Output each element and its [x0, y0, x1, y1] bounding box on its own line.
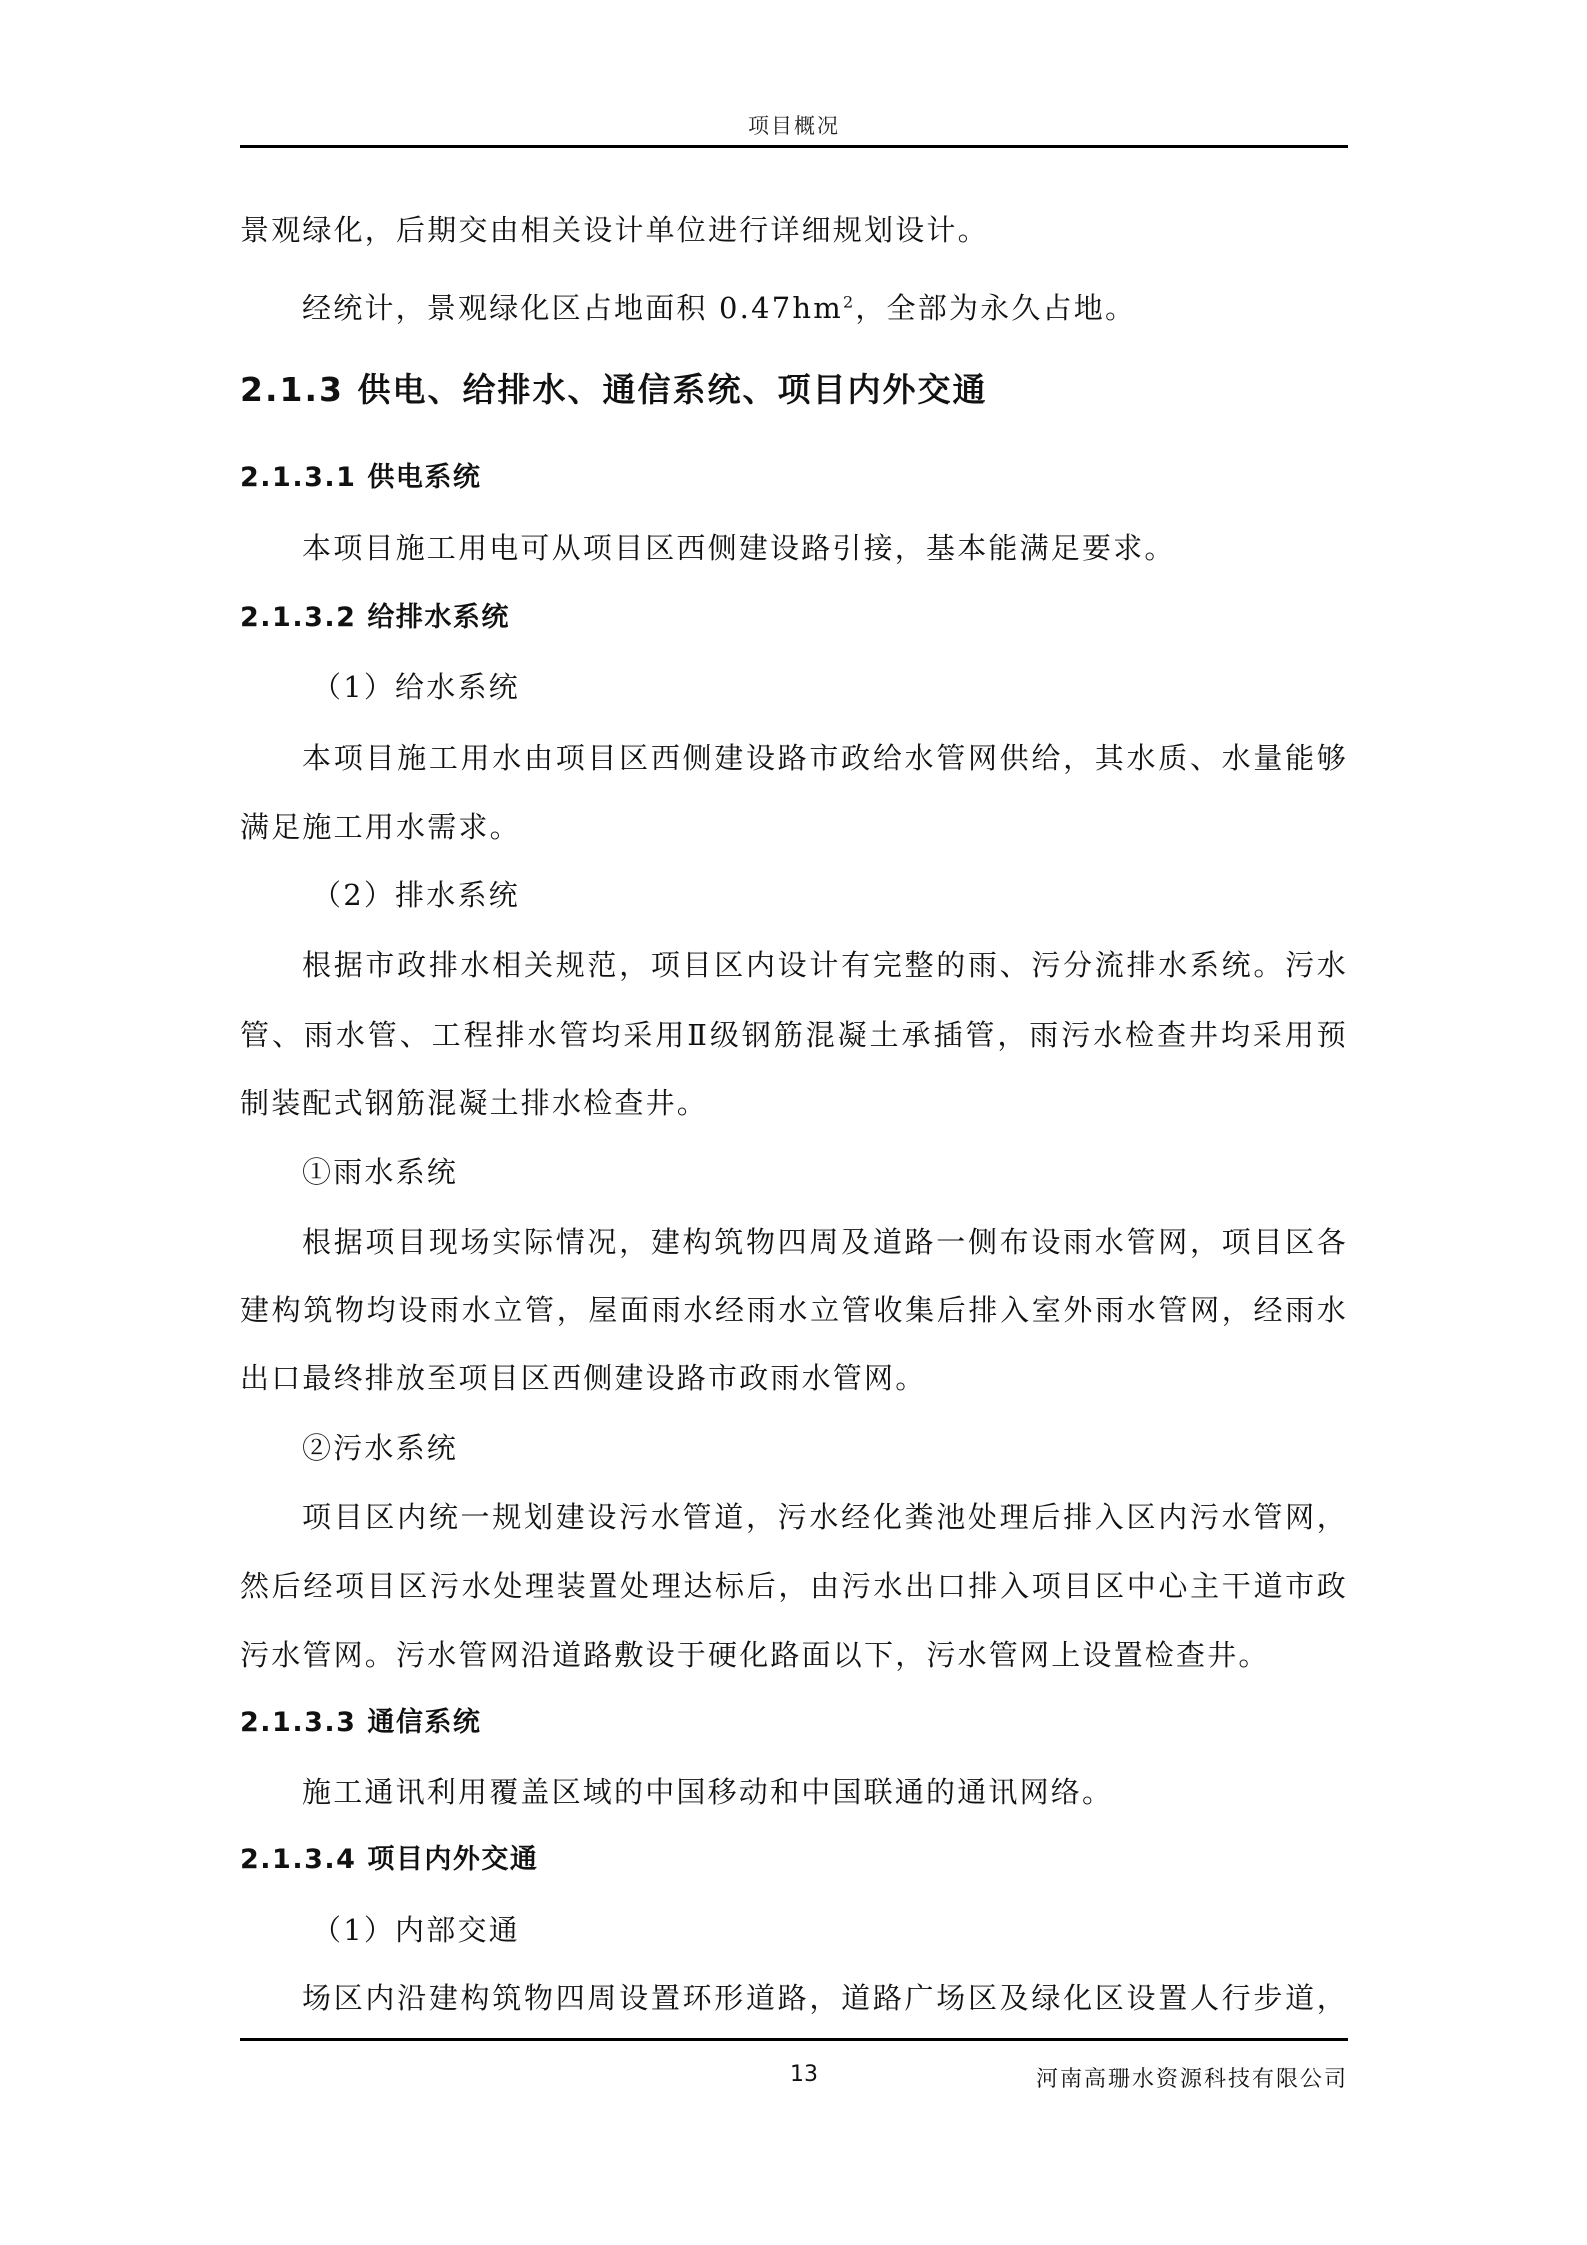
paragraph-rain-line1: 根据项目现场实际情况，建构筑物四周及道路一侧布设雨水管网，项目区各: [302, 1222, 1348, 1262]
paragraph-drain-line1: 根据市政排水相关规范，项目区内设计有完整的雨、污分流排水系统。污水: [302, 945, 1348, 985]
paragraph-supply-line2: 满足施工用水需求。: [240, 807, 1348, 847]
paragraph-continuation: 景观绿化，后期交由相关设计单位进行详细规划设计。: [240, 210, 1348, 250]
paragraph-supply-line1: 本项目施工用水由项目区西侧建设路市政给水管网供给，其水质、水量能够: [302, 738, 1348, 778]
paragraph-sewage-line3: 污水管网。污水管网沿道路敷设于硬化路面以下，污水管网上设置检查井。: [240, 1635, 1348, 1675]
subheading-internal-traffic: （1）内部交通: [312, 1910, 1420, 1950]
subheading-rainwater: ①雨水系统: [302, 1152, 1348, 1192]
subheading-sewage: ②污水系统: [302, 1428, 1348, 1468]
section-heading-2-1-3: 2.1.3 供电、给排水、通信系统、项目内外交通: [240, 370, 1348, 410]
paragraph-internal-line1: 场区内沿建构筑物四周设置环形道路，道路广场区及绿化区设置人行步道，: [302, 1978, 1348, 2018]
header-rule: [240, 145, 1348, 148]
section-heading-2-1-3-3: 2.1.3.3 通信系统: [240, 1703, 1348, 1743]
paragraph-power: 本项目施工用电可从项目区西侧建设路引接，基本能满足要求。: [302, 528, 1348, 568]
subheading-water-supply: （1）给水系统: [312, 667, 1420, 707]
footer-company-name: 河南高珊水资源科技有限公司: [1036, 2062, 1348, 2093]
section-heading-2-1-3-4: 2.1.3.4 项目内外交通: [240, 1840, 1348, 1880]
subheading-drainage: （2）排水系统: [312, 875, 1420, 915]
paragraph-area-stat: 经统计，景观绿化区占地面积 0.47hm2，全部为永久占地。: [302, 288, 1348, 328]
paragraph-drain-line3: 制装配式钢筋混凝土排水检查井。: [240, 1083, 1348, 1123]
page-number: 13: [790, 2062, 818, 2087]
paragraph-sewage-line1: 项目区内统一规划建设污水管道，污水经化粪池处理后排入区内污水管网，: [302, 1497, 1348, 1537]
area-stat-text: 经统计，景观绿化区占地面积 0.47hm: [302, 291, 843, 325]
section-heading-2-1-3-2: 2.1.3.2 给排水系统: [240, 598, 1348, 638]
document-page: 项目概况 景观绿化，后期交由相关设计单位进行详细规划设计。 经统计，景观绿化区占…: [0, 0, 1587, 2245]
section-heading-2-1-3-1: 2.1.3.1 供电系统: [240, 458, 1348, 498]
paragraph-rain-line2: 建构筑物均设雨水立管，屋面雨水经雨水立管收集后排入室外雨水管网，经雨水: [240, 1290, 1348, 1330]
paragraph-sewage-line2: 然后经项目区污水处理装置处理达标后，由污水出口排入项目区中心主干道市政: [240, 1566, 1348, 1606]
footer-rule: [240, 2038, 1348, 2041]
paragraph-rain-line3: 出口最终排放至项目区西侧建设路市政雨水管网。: [240, 1358, 1348, 1398]
superscript: 2: [843, 292, 855, 311]
paragraph-communication: 施工通讯利用覆盖区域的中国移动和中国联通的通讯网络。: [302, 1772, 1348, 1812]
area-stat-text-end: ，全部为永久占地。: [855, 291, 1136, 325]
running-header: 项目概况: [240, 110, 1348, 140]
paragraph-drain-line2: 管、雨水管、工程排水管均采用Ⅱ级钢筋混凝土承插管，雨污水检查井均采用预: [240, 1015, 1348, 1055]
